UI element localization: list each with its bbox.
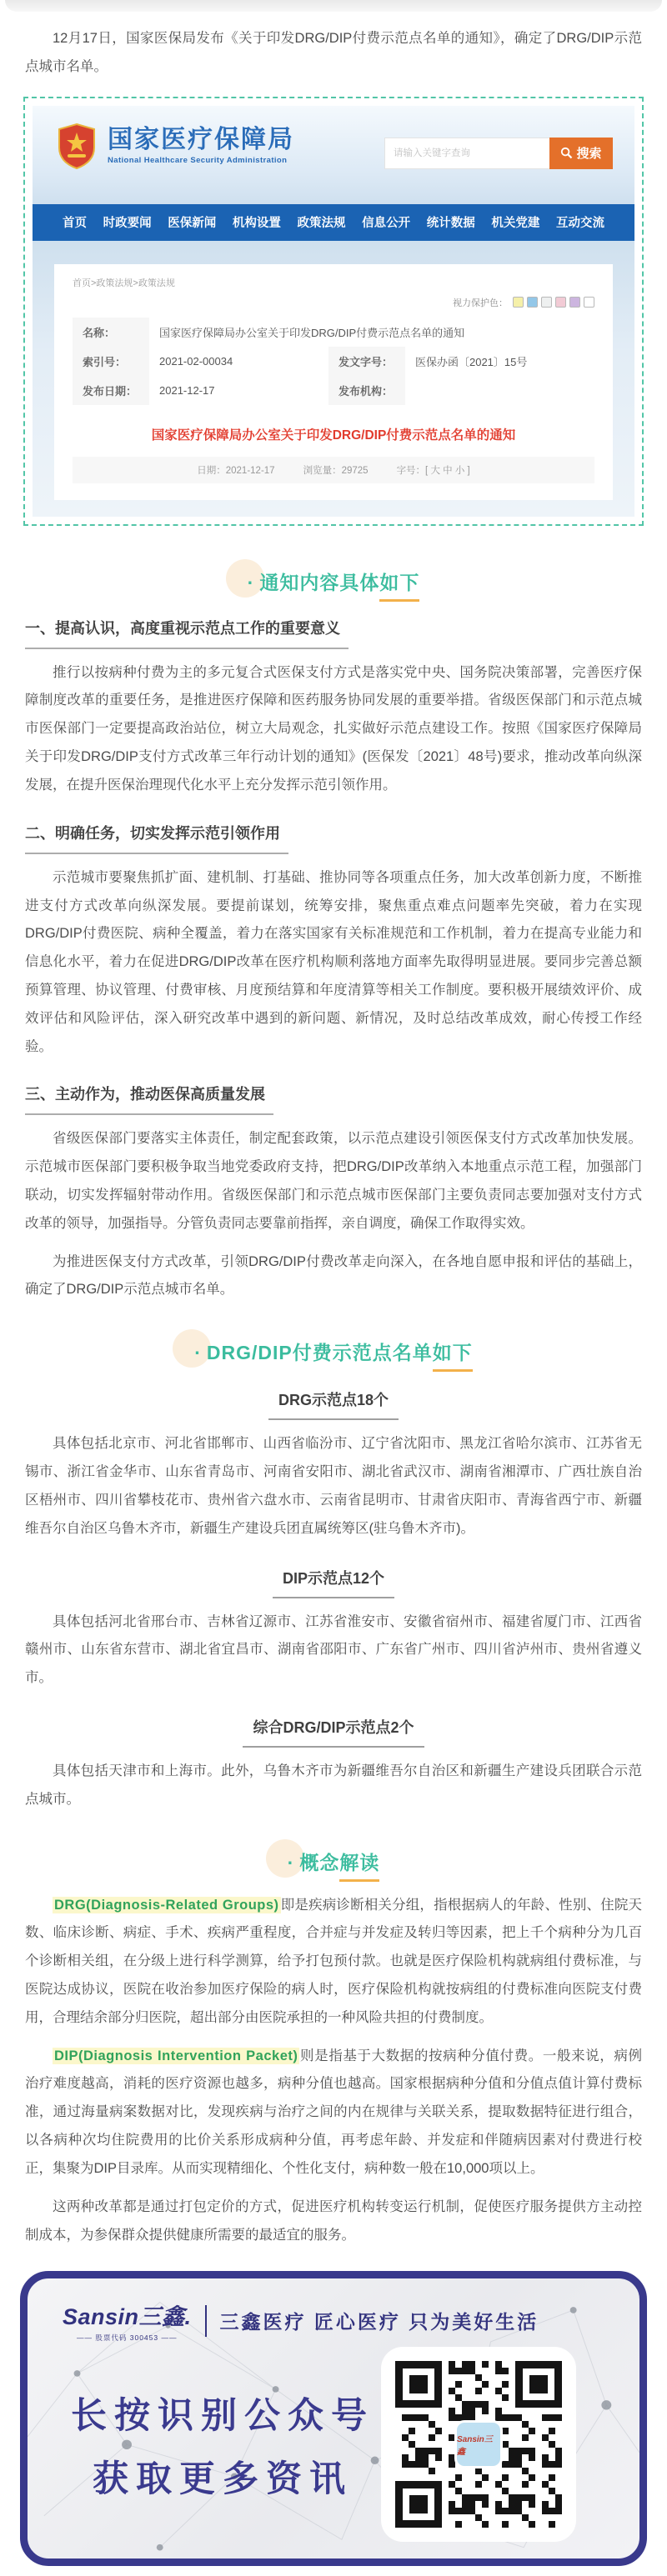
intro-paragraph: 12月17日，国家医保局发布《关于印发DRG/DIP付费示范点名单的通知》，确定…: [25, 25, 642, 82]
doc-title: 国家医疗保障局办公室关于印发DRG/DIP付费示范点名单的通知: [81, 425, 586, 443]
previous-card-edge: [5, 0, 662, 12]
qr-finder-icon: [395, 2361, 442, 2408]
subsection-3-title: 三、主动作为，推动医保高质量发展: [25, 1083, 273, 1115]
site-nav: 首页 时政要闻 医保新闻 机构设置 政策法规 信息公开 统计数据 机关党建 互动…: [33, 204, 634, 241]
section-heading-notice: ·通知内容具体如下: [25, 568, 642, 595]
dip-term-highlight: DIP(Diagnosis Intervention Packet): [53, 2048, 299, 2064]
search-button-label: 搜索: [576, 144, 601, 162]
heading-bullet: ·: [248, 572, 255, 593]
drg-concept-paragraph: DRG(Diagnosis-Related Groups)即是疾病诊断相关分组，…: [25, 1892, 642, 2033]
eye-color-swatch[interactable]: [555, 297, 566, 308]
site-title: 国家医疗保障局: [108, 126, 294, 153]
meta-index-label: 索引号：: [73, 347, 149, 376]
nav-item-interaction[interactable]: 互动交流: [556, 213, 604, 231]
site-body: 首页>政策法规>政策法规 视力保护色： 名称： 国家医疗保障局办公室关于印发DR…: [33, 241, 634, 517]
table-row: 索引号： 2021-02-00034 发文字号： 医保办函〔2021〕15号: [73, 347, 594, 376]
brand-slogan: 三鑫医疗 匠心医疗 只为美好生活: [220, 2307, 539, 2334]
combo-list-paragraph: 具体包括天津市和上海市。此外，乌鲁木齐市为新疆维吾尔自治区和新疆生产建设兵团联合…: [25, 1758, 642, 1814]
qr-code: Sansin三鑫: [381, 2347, 576, 2542]
nav-item-politics-news[interactable]: 时政要闻: [103, 213, 152, 231]
eye-color-swatch[interactable]: [569, 297, 580, 308]
eye-color-swatch[interactable]: [527, 297, 538, 308]
meta-index-value: 2021-02-00034: [149, 347, 328, 376]
heading-bullet: ·: [194, 1342, 202, 1363]
font-size-switch[interactable]: 字号：[ 大 中 小 ]: [397, 463, 470, 477]
table-row: 发布日期： 2021-12-17 发布机构：: [73, 376, 594, 405]
heading-tail: 解读: [339, 1852, 379, 1882]
subsection-2-paragraph: 示范城市要聚焦抓扩面、建机制、打基础、推协同等各项重点任务，加大改革创新力度，不…: [25, 864, 642, 1062]
meta-org-label: 发布机构：: [328, 376, 405, 405]
heading-halo-decoration: [173, 1329, 211, 1368]
gov-site-screenshot: 国家医疗保障局 National Healthcare Security Adm…: [23, 97, 644, 526]
eye-protect-row: 视力保护色：: [73, 296, 594, 309]
doc-info-bar: 日期：2021-12-17 浏览量：29725 字号：[ 大 中 小 ]: [73, 457, 594, 483]
subsection-1-paragraph: 推行以按病种付费为主的多元复合式医保支付方式是落实党中央、国务院决策部署，完善医…: [25, 659, 642, 800]
meta-org-value: [405, 376, 594, 405]
drg-term-highlight: DRG(Diagnosis-Related Groups): [53, 1897, 281, 1913]
cta-line1: 长按识别公众号: [28, 2385, 418, 2448]
eye-color-swatch[interactable]: [584, 297, 594, 308]
doc-date: 日期：2021-12-17: [197, 463, 274, 477]
nav-item-organization[interactable]: 机构设置: [233, 213, 281, 231]
nav-item-medical-news[interactable]: 医保新闻: [168, 213, 216, 231]
heading-halo-decoration: [226, 559, 264, 598]
cta-line2: 获取更多资讯: [28, 2448, 418, 2511]
dip-list-paragraph: 具体包括河北省邢台市、吉林省辽源市、江苏省淮安市、安徽省宿州市、福建省厦门市、江…: [25, 1608, 642, 1693]
nav-item-policy[interactable]: 政策法规: [298, 213, 346, 231]
site-header: 国家医疗保障局 National Healthcare Security Adm…: [33, 106, 634, 204]
brand-stock-code: —— 股票代码 300453 ——: [63, 2333, 192, 2343]
nav-item-home[interactable]: 首页: [63, 213, 87, 231]
qr-center-logo: Sansin三鑫: [454, 2420, 503, 2468]
heading-bullet: ·: [288, 1852, 295, 1873]
cta-text: 长按识别公众号 获取更多资讯: [28, 2385, 418, 2511]
nav-item-party-building[interactable]: 机关党建: [491, 213, 539, 231]
heading-halo-decoration: [266, 1839, 304, 1878]
subsection-3-paragraph: 省级医保部门要落实主体责任，制定配套政策，以示范点建设引领医保支付方式改革加快发…: [25, 1125, 642, 1238]
heading-tail: 如下: [433, 1342, 473, 1372]
subsection-2-title: 二、明确任务，切实发挥示范引领作用: [25, 822, 288, 854]
drg-concept-text: 即是疾病诊断相关分组，指根据病人的年龄、性别、住院天数、临床诊断、病症、手术、疾…: [25, 1898, 642, 2025]
site-search: 搜索: [384, 138, 613, 169]
brand-divider: [205, 2305, 207, 2337]
heading-lead: DRG/DIP付费示范点名单: [207, 1342, 433, 1363]
meta-date-value: 2021-12-17: [149, 376, 328, 405]
search-input[interactable]: [384, 138, 549, 169]
eye-color-swatch[interactable]: [513, 297, 524, 308]
search-button[interactable]: 搜索: [549, 138, 613, 169]
nav-item-statistics[interactable]: 统计数据: [427, 213, 475, 231]
nav-item-info-disclosure[interactable]: 信息公开: [362, 213, 410, 231]
heading-tail: 如下: [379, 572, 419, 602]
brand-logo: Sansin三鑫.: [63, 2298, 192, 2331]
meta-docno-value: 医保办函〔2021〕15号: [405, 347, 594, 376]
combo-list-title: 综合DRG/DIP示范点2个: [243, 1716, 424, 1748]
heading-lead: 概念: [299, 1852, 339, 1873]
dip-concept-paragraph: DIP(Diagnosis Intervention Packet)则是指基于大…: [25, 2043, 642, 2183]
drg-list-paragraph: 具体包括北京市、河北省邯郸市、山西省临汾市、辽宁省沈阳市、黑龙江省哈尔滨市、江苏…: [25, 1430, 642, 1543]
qr-finder-icon: [395, 2481, 442, 2528]
qr-finder-icon: [515, 2361, 562, 2408]
eye-color-swatch[interactable]: [541, 297, 552, 308]
dip-list-title: DIP示范点12个: [273, 1567, 394, 1598]
search-icon: [560, 147, 573, 159]
breadcrumb[interactable]: 首页>政策法规>政策法规: [73, 276, 594, 289]
doc-views: 浏览量：29725: [303, 463, 369, 477]
meta-date-label: 发布日期：: [73, 376, 149, 405]
doc-meta-table: 名称： 国家医疗保障局办公室关于印发DRG/DIP付费示范点名单的通知 索引号：…: [73, 318, 594, 405]
drg-list-title: DRG示范点18个: [268, 1388, 399, 1420]
heading-lead: 通知内容具体: [259, 572, 379, 593]
dip-concept-text: 则是指基于大数据的按病种分值付费。一般来说，病例治疗难度越高，消耗的医疗资源也越…: [25, 2048, 642, 2176]
subsection-3-paragraph-2: 为推进医保支付方式改革，引领DRG/DIP付费改革走向深入，在各地自愿申报和评估…: [25, 1248, 642, 1305]
table-row: 名称： 国家医疗保障局办公室关于印发DRG/DIP付费示范点名单的通知: [73, 318, 594, 347]
meta-name-value: 国家医疗保障局办公室关于印发DRG/DIP付费示范点名单的通知: [149, 318, 594, 347]
footer-banner: Sansin三鑫. —— 股票代码 300453 —— 三鑫医疗 匠心医疗 只为…: [20, 2271, 647, 2566]
brand-row: Sansin三鑫. —— 股票代码 300453 —— 三鑫医疗 匠心医疗 只为…: [63, 2298, 539, 2343]
section-heading-list: ·DRG/DIP付费示范点名单如下: [25, 1338, 642, 1365]
meta-docno-label: 发文字号：: [328, 347, 405, 376]
subsection-1-title: 一、提高认识，高度重视示范点工作的重要意义: [25, 617, 349, 649]
closing-paragraph: 这两种改革都是通过打包定价的方式，促进医疗机构转变运行机制，促使医疗服务提供方主…: [25, 2193, 642, 2250]
site-subtitle: National Healthcare Security Administrat…: [108, 156, 294, 165]
national-emblem-logo: [56, 123, 98, 169]
eye-protect-label: 视力保护色：: [453, 296, 508, 309]
section-heading-concept: ·概念解读: [25, 1848, 642, 1875]
meta-name-label: 名称：: [73, 318, 149, 347]
